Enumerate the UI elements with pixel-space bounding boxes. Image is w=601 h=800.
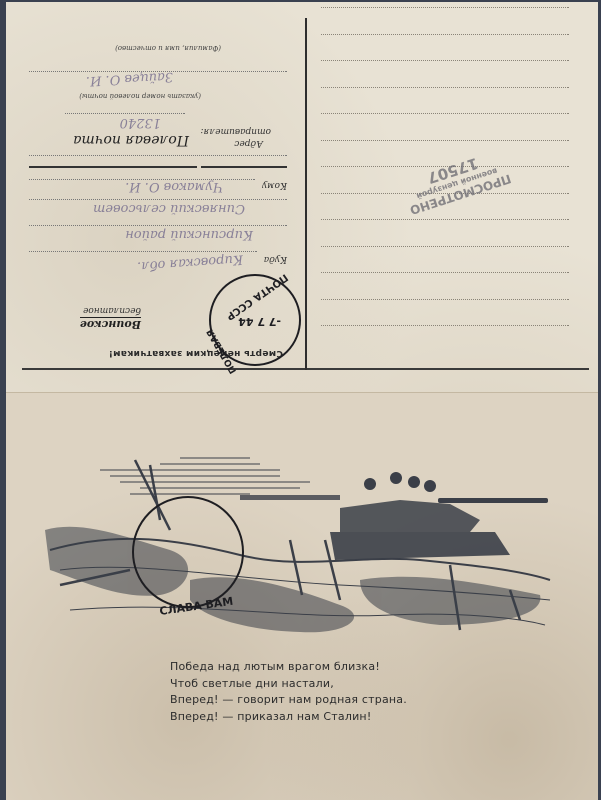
to-whom-line-2 bbox=[29, 155, 287, 156]
where-line-2 bbox=[29, 225, 287, 226]
to-whom-label: Кому bbox=[262, 180, 287, 190]
sender-rule-right bbox=[29, 166, 197, 168]
handwriting-where-3: Синявский сельсовет bbox=[93, 201, 245, 216]
message-line bbox=[321, 273, 569, 300]
message-line bbox=[321, 326, 569, 353]
message-line bbox=[321, 8, 569, 35]
message-line bbox=[321, 34, 569, 61]
field-post-title: Полевая почта bbox=[73, 132, 189, 148]
free-postage-label: Воинское бесплатное bbox=[80, 305, 141, 336]
name-hint: (Фамилия, имя и отчество) bbox=[115, 44, 221, 52]
message-line bbox=[321, 220, 569, 247]
handwriting-to-whom: Чумаков О. И. bbox=[125, 179, 223, 194]
handwriting-where-1: Кировская обл. bbox=[137, 251, 244, 273]
message-line bbox=[321, 246, 569, 273]
verse-line: Чтоб светлые дни настали, bbox=[170, 676, 407, 693]
sender-label-line1: Адрес bbox=[234, 138, 263, 148]
postmark: ПОЧТА СССР ПОЛЕВАЯ -7 7 44 bbox=[209, 274, 301, 366]
verse-line: Вперед! — говорит нам родная страна. bbox=[170, 692, 407, 709]
tank-icon bbox=[240, 472, 548, 560]
message-line bbox=[321, 87, 569, 114]
handwriting-sender-name: Зайцев О. И. bbox=[86, 69, 174, 89]
where-label: Куда bbox=[264, 254, 287, 264]
where-line-3 bbox=[29, 199, 287, 200]
free-label-line1: Воинское bbox=[80, 317, 141, 331]
field-post-hint: (указать номер полевой почты) bbox=[79, 92, 201, 100]
cloud-hatching bbox=[100, 458, 310, 494]
message-line bbox=[321, 61, 569, 88]
verse-line: Победа над лютым врагом близка! bbox=[170, 659, 407, 676]
postmark-date: -7 7 44 bbox=[238, 315, 281, 328]
message-line bbox=[321, 299, 569, 326]
sender-label-line2: отправителя: bbox=[201, 126, 272, 136]
sender-rule-left bbox=[201, 166, 287, 168]
field-post-number-line bbox=[65, 113, 185, 114]
handwriting-where-2: Кирсинский район bbox=[125, 227, 253, 242]
verse: Победа над лютым врагом близка! Чтоб све… bbox=[170, 659, 407, 725]
handwriting-field-post-number: 13240 bbox=[120, 115, 161, 130]
column-divider bbox=[305, 18, 307, 370]
message-line bbox=[321, 114, 569, 141]
tank-battle-illustration: СЛАВА ВАМ bbox=[40, 420, 560, 645]
verse-line: Вперед! — приказал нам Сталин! bbox=[170, 709, 407, 726]
free-label-line2: бесплатное bbox=[80, 305, 141, 315]
address-section: Смерть немецким захватчикам! Воинское бе… bbox=[22, 18, 589, 370]
